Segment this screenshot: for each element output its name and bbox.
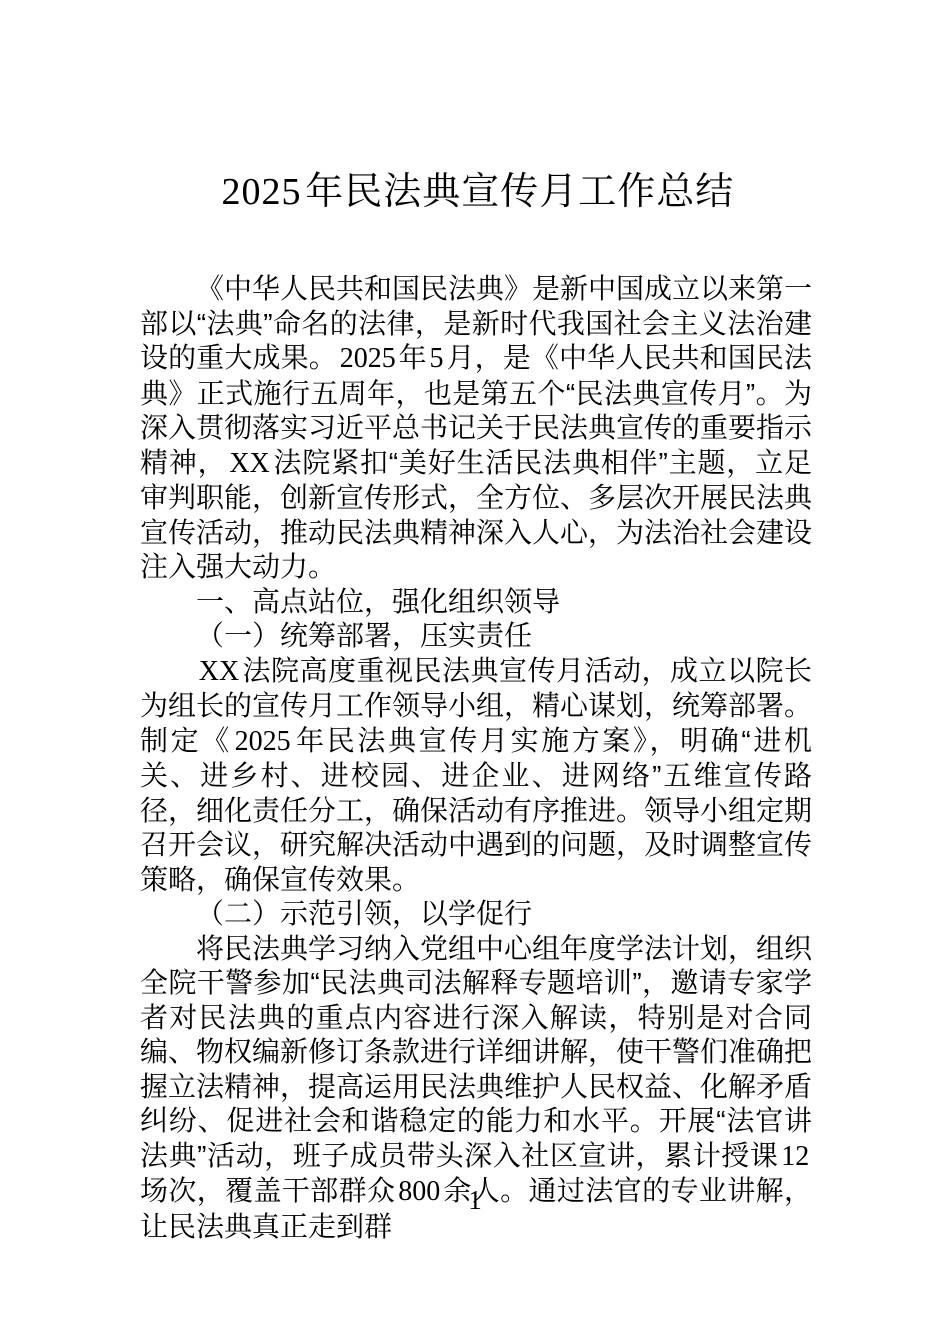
document-page: 2025年民法典宣传月工作总结 《中华人民共和国民法典》是新中国成立以来第一部以… bbox=[0, 0, 950, 1344]
paragraph-subsection-1-1: XX法院高度重视民法典宣传月活动，成立以院长为组长的宣传月工作领导小组，精心谋划… bbox=[140, 654, 812, 898]
page-number: 1 bbox=[0, 1183, 950, 1217]
document-body: 《中华人民共和国民法典》是新中国成立以来第一部以“法典”命名的法律，是新时代我国… bbox=[140, 272, 812, 1244]
heading-subsection-1-2: （二）示范引领，以学促行 bbox=[140, 897, 812, 932]
heading-section-1: 一、高点站位，强化组织领导 bbox=[140, 585, 812, 620]
document-title: 2025年民法典宣传月工作总结 bbox=[140, 166, 812, 218]
paragraph-intro: 《中华人民共和国民法典》是新中国成立以来第一部以“法典”命名的法律，是新时代我国… bbox=[140, 272, 812, 585]
heading-subsection-1-1: （一）统筹部署，压实责任 bbox=[140, 619, 812, 654]
